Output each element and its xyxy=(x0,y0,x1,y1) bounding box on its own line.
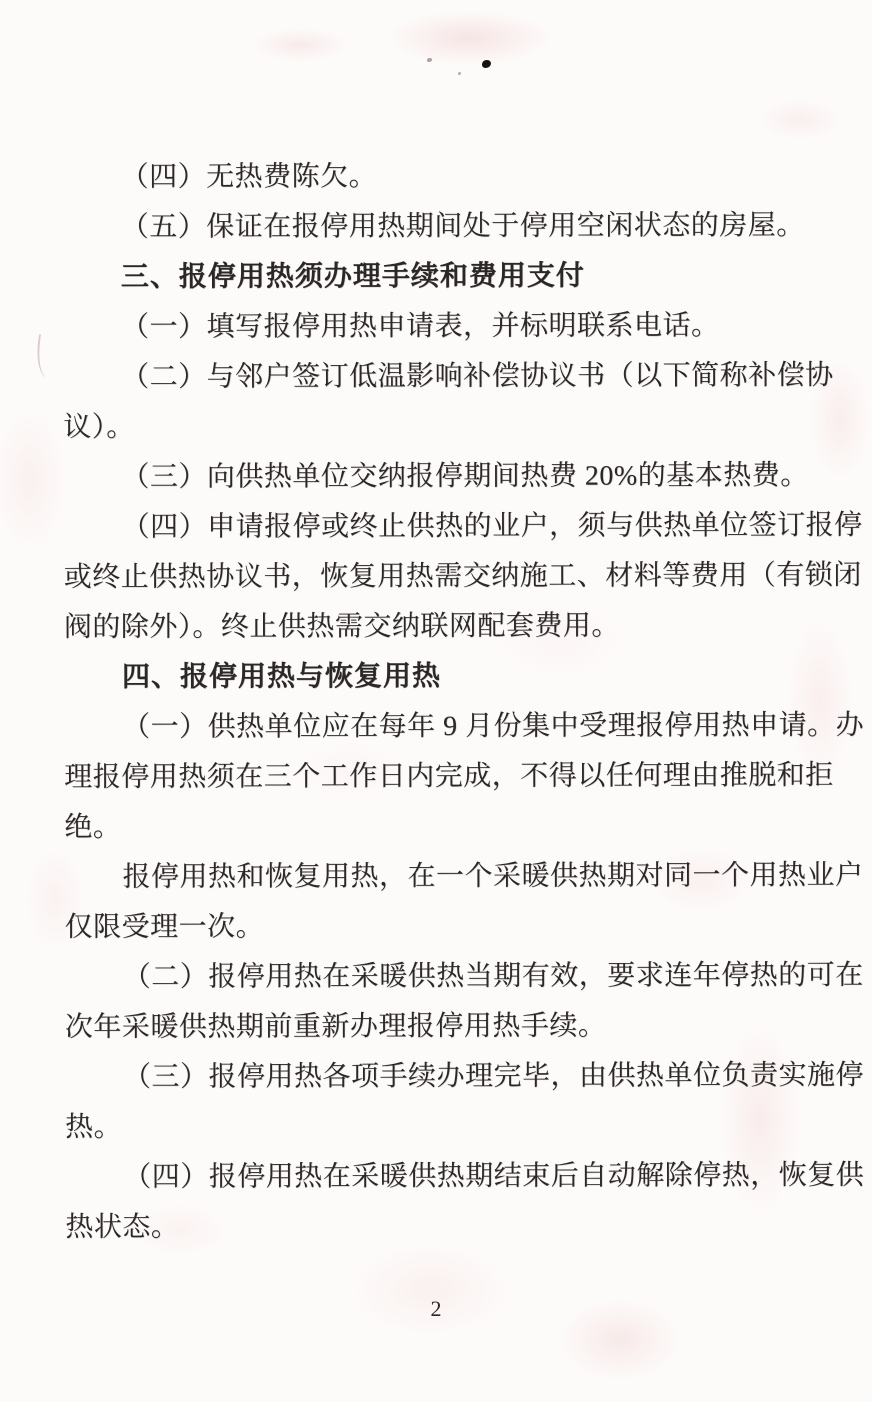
text-line: 阀的除外）。终止供热需交纳联网配套费用。 xyxy=(64,601,852,653)
text-line: （五）保证在报停用热期间处于停用空闲状态的房屋。 xyxy=(63,201,851,253)
text-line: （一）填写报停用热申请表，并标明联系电话。 xyxy=(63,301,851,353)
text-line: （三）向供热单位交纳报停期间热费 20%的基本热费。 xyxy=(63,451,851,503)
text-line: （一）供热单位应在每年 9 月份集中受理报停用热申请。办 xyxy=(64,701,852,753)
text-line: （四）无热费陈欠。 xyxy=(63,151,851,203)
text-line: （二）报停用热在采暖供热当期有效，要求连年停热的可在 xyxy=(65,951,853,1003)
text-line: （四）报停用热在采暖供热期结束后自动解除停热，恢复供 xyxy=(65,1151,853,1203)
text-line: 仅限受理一次。 xyxy=(65,901,853,953)
text-line: 议）。 xyxy=(63,401,851,453)
text-line: 理报停用热须在三个工作日内完成，不得以任何理由推脱和拒 xyxy=(64,751,852,803)
text-line: 热。 xyxy=(65,1101,853,1153)
text-line: （三）报停用热各项手续办理完毕，由供热单位负责实施停 xyxy=(65,1051,853,1103)
ink-speck xyxy=(458,72,461,75)
text-line: 次年采暖供热期前重新办理报停用热手续。 xyxy=(65,1001,853,1053)
scanned-document-page: （四）无热费陈欠。（五）保证在报停用热期间处于停用空闲状态的房屋。三、报停用热须… xyxy=(0,0,872,1402)
document-body: （四）无热费陈欠。（五）保证在报停用热期间处于停用空闲状态的房屋。三、报停用热须… xyxy=(63,151,854,1253)
paper-crease-mark xyxy=(33,334,55,378)
text-line: （四）申请报停或终止供热的业户，须与供热单位签订报停 xyxy=(63,501,851,553)
page-number: 2 xyxy=(0,1296,872,1322)
text-line: 绝。 xyxy=(64,801,852,853)
text-line: （二）与邻户签订低温影响补偿协议书（以下简称补偿协 xyxy=(63,351,851,403)
ink-speck xyxy=(427,58,432,62)
section-heading-line: 三、报停用热须办理手续和费用支付 xyxy=(63,251,851,303)
section-heading-line: 四、报停用热与恢复用热 xyxy=(64,651,852,703)
text-line: 或终止供热协议书，恢复用热需交纳施工、材料等费用（有锁闭 xyxy=(64,551,852,603)
ink-speck xyxy=(482,60,491,68)
text-line: 报停用热和恢复用热，在一个采暖供热期对同一个用热业户 xyxy=(64,851,852,903)
text-line: 热状态。 xyxy=(65,1201,853,1253)
